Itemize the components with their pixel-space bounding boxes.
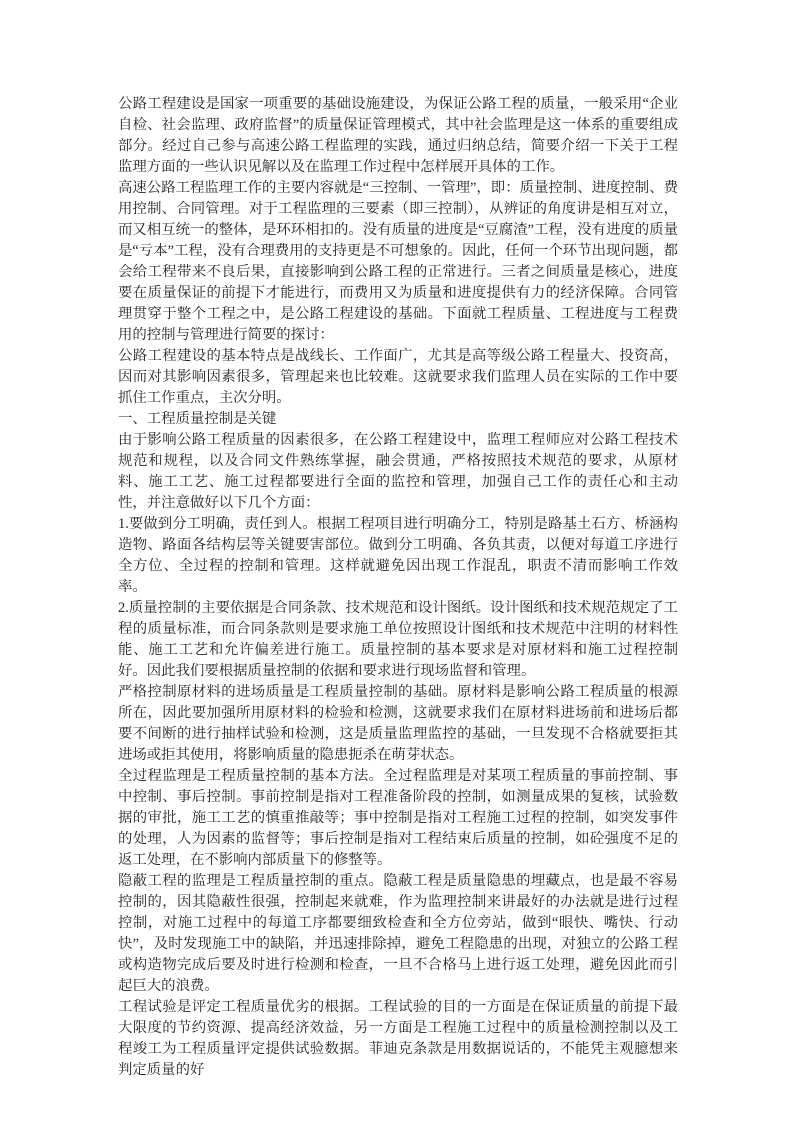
paragraph-characteristics: 公路工程建设的基本特点是战线长、工作面广，尤其是高等级公路工程量大、投资高，因而… xyxy=(118,346,678,409)
paragraph-quality-overview: 由于影响公路工程质量的因素很多，在公路工程建设中，监理工程师应对公路工程技术规范… xyxy=(118,430,678,514)
document-page: 公路工程建设是国家一项重要的基础设施建设，为保证公路工程的质量，一般采用“企业自… xyxy=(0,0,793,1122)
paragraph-three-controls: 高速公路工程监理工作的主要内容就是“三控制、一管理”，即：质量控制、进度控制、费… xyxy=(118,178,678,346)
paragraph-whole-process: 全过程监理是工程质量控制的基本方法。全过程监理是对某项工程质量的事前控制、事中控… xyxy=(118,766,678,871)
paragraph-hidden-works: 隐蔽工程的监理是工程质量控制的重点。隐蔽工程是质量隐患的埋藏点，也是最不容易控制… xyxy=(118,871,678,997)
paragraph-raw-materials: 严格控制原材料的进场质量是工程质量控制的基础。原材料是影响公路工程质量的根源所在… xyxy=(118,682,678,766)
paragraph-item-1-division-of-labor: 1.要做到分工明确，责任到人。根据工程项目进行明确分工，特别是路基土石方、桥涵构… xyxy=(118,514,678,598)
paragraph-intro: 公路工程建设是国家一项重要的基础设施建设，为保证公路工程的质量，一般采用“企业自… xyxy=(118,94,678,178)
paragraph-item-2-quality-basis: 2.质量控制的主要依据是合同条款、技术规范和设计图纸。设计图纸和技术规范规定了工… xyxy=(118,598,678,682)
paragraph-engineering-tests: 工程试验是评定工程质量优劣的根据。工程试验的目的一方面是在保证质量的前提下最大限… xyxy=(118,997,678,1081)
section-heading-quality-control: 一、工程质量控制是关键 xyxy=(118,409,678,430)
document-text-block: 公路工程建设是国家一项重要的基础设施建设，为保证公路工程的质量，一般采用“企业自… xyxy=(118,94,678,1081)
